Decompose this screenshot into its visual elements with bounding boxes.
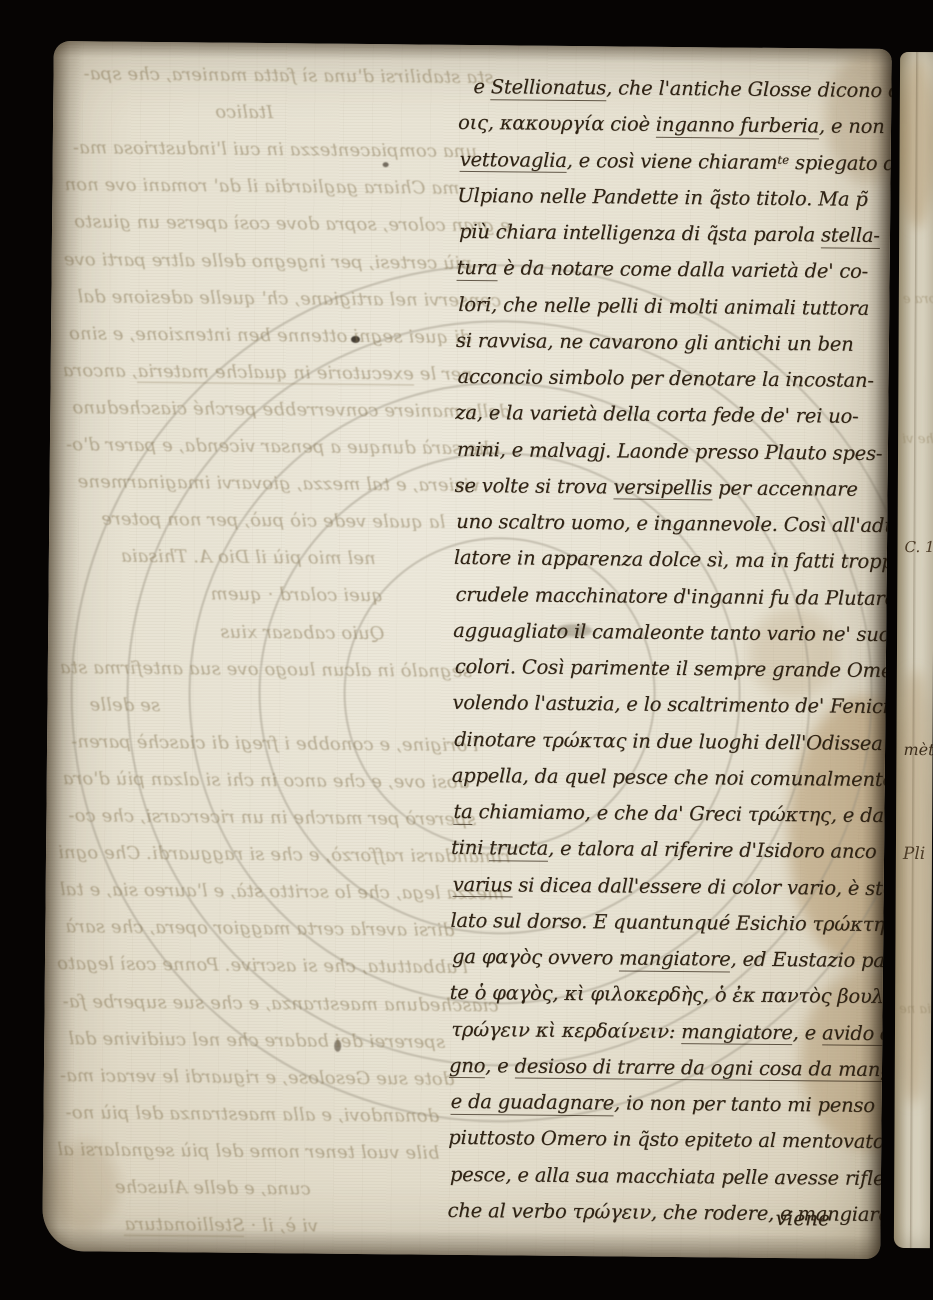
verso-showthrough-fragment: ora e bbox=[903, 292, 933, 307]
manuscript-line: crudele macchinatore d'inganni fu da Plu… bbox=[455, 582, 891, 609]
manuscript-line: τρώγειν κὶ κερδαίνειν: mangiatore, e avi… bbox=[451, 1017, 892, 1045]
manuscript-line: piuttosto Omero in q̃sto epiteto al ment… bbox=[448, 1126, 884, 1153]
verso-showthrough-fragment: che vi bbox=[902, 432, 933, 447]
manuscript-line: za, e la varietà della corta fede de' re… bbox=[455, 401, 858, 428]
manuscript-line: e da guadagnare, io non per tanto mi pen… bbox=[451, 1090, 892, 1117]
manuscript-line: colori. Così parimente il sempre grande … bbox=[455, 655, 892, 682]
manuscript-line: se volte si trova versipellis per accenn… bbox=[454, 474, 857, 501]
manuscript-line: e Stellionatus, che l'antiche Glosse dic… bbox=[473, 75, 891, 103]
manuscript-line: uno scaltro uomo, e ingannevole. Così al… bbox=[456, 510, 892, 537]
margin-note: Pli bbox=[903, 844, 925, 864]
manuscript-line: agguagliato il camaleonte tanto vario ne… bbox=[453, 619, 892, 646]
manuscript-line: si ravvisa, ne cavarono gli antichi un b… bbox=[456, 329, 854, 356]
manuscript-line: te ὁ φαγὸς, κὶ φιλοκερδὴς, ὁ ἐκ παντὸς β… bbox=[450, 981, 892, 1009]
manuscript-line: tura è da notare come dalla varietà de' … bbox=[457, 256, 869, 283]
margin-note: C. 1 bbox=[904, 538, 933, 556]
manuscript-line: ta chiamiamo, e che da' Greci τρώκτης, e… bbox=[453, 800, 891, 828]
verso-showthrough-fragment: sia ne bbox=[899, 1002, 933, 1017]
manuscript-line: latore in apparenza dolce sì, ma in fatt… bbox=[454, 546, 892, 573]
ink-blot bbox=[383, 162, 389, 167]
manuscript-line: varius si dicea dall'essere di color var… bbox=[453, 872, 892, 899]
manuscript-line: ga φαγὸς ovvero mangiatore, ed Eustazio … bbox=[452, 945, 892, 973]
manuscript-line: gno, e desioso di trarre da ogni cosa da… bbox=[449, 1054, 892, 1082]
manuscript-line: dinotare τρώκτας in due luoghi dell'Odis… bbox=[454, 727, 892, 754]
manuscript-line: lato sul dorso. E quantunqué Esichio τρώ… bbox=[450, 909, 891, 937]
adjacent-page-sliver: ora e che vi sia ne C. 1 mèt Pli bbox=[894, 52, 933, 1248]
manuscript-line: lori, che nelle pelli di molti animali t… bbox=[458, 292, 869, 319]
catchword: viene bbox=[775, 1206, 829, 1231]
ink-blot bbox=[351, 336, 360, 343]
margin-note: mèt bbox=[903, 740, 933, 759]
manuscript-line: vettovaglia, e così viene chiaramte spie… bbox=[460, 147, 892, 174]
manuscript-text: e Stellionatus, che l'antiche Glosse dic… bbox=[446, 45, 892, 1259]
manuscript-line: volendo l'astuzia, e lo scaltrimento de'… bbox=[452, 691, 888, 718]
manuscript-line: οις, κακουργία cioè inganno furberia, e … bbox=[458, 111, 892, 138]
manuscript-line: acconcio simbolo per denotare la incosta… bbox=[458, 365, 874, 392]
scan-background: { "palette": { "background": "#060403", … bbox=[0, 0, 933, 1300]
manuscript-line: pesce, e alla sua macchiata pelle avesse… bbox=[450, 1162, 892, 1190]
manuscript-line: più chiara intelligenza di q̃sta parola … bbox=[459, 220, 880, 247]
manuscript-line: appella, da quel pesce che noi comunalme… bbox=[452, 764, 892, 792]
manuscript-page: sta stabilirsi d'una sì fatta maniera, c… bbox=[42, 41, 892, 1259]
manuscript-line: mini, e malvagj. Laonde presso Plauto sp… bbox=[457, 437, 883, 464]
manuscript-line: tini tructa, e talora al riferire d'Isid… bbox=[451, 836, 877, 863]
manuscript-line: Ulpiano nelle Pandette in q̃sto titolo. … bbox=[457, 184, 868, 211]
